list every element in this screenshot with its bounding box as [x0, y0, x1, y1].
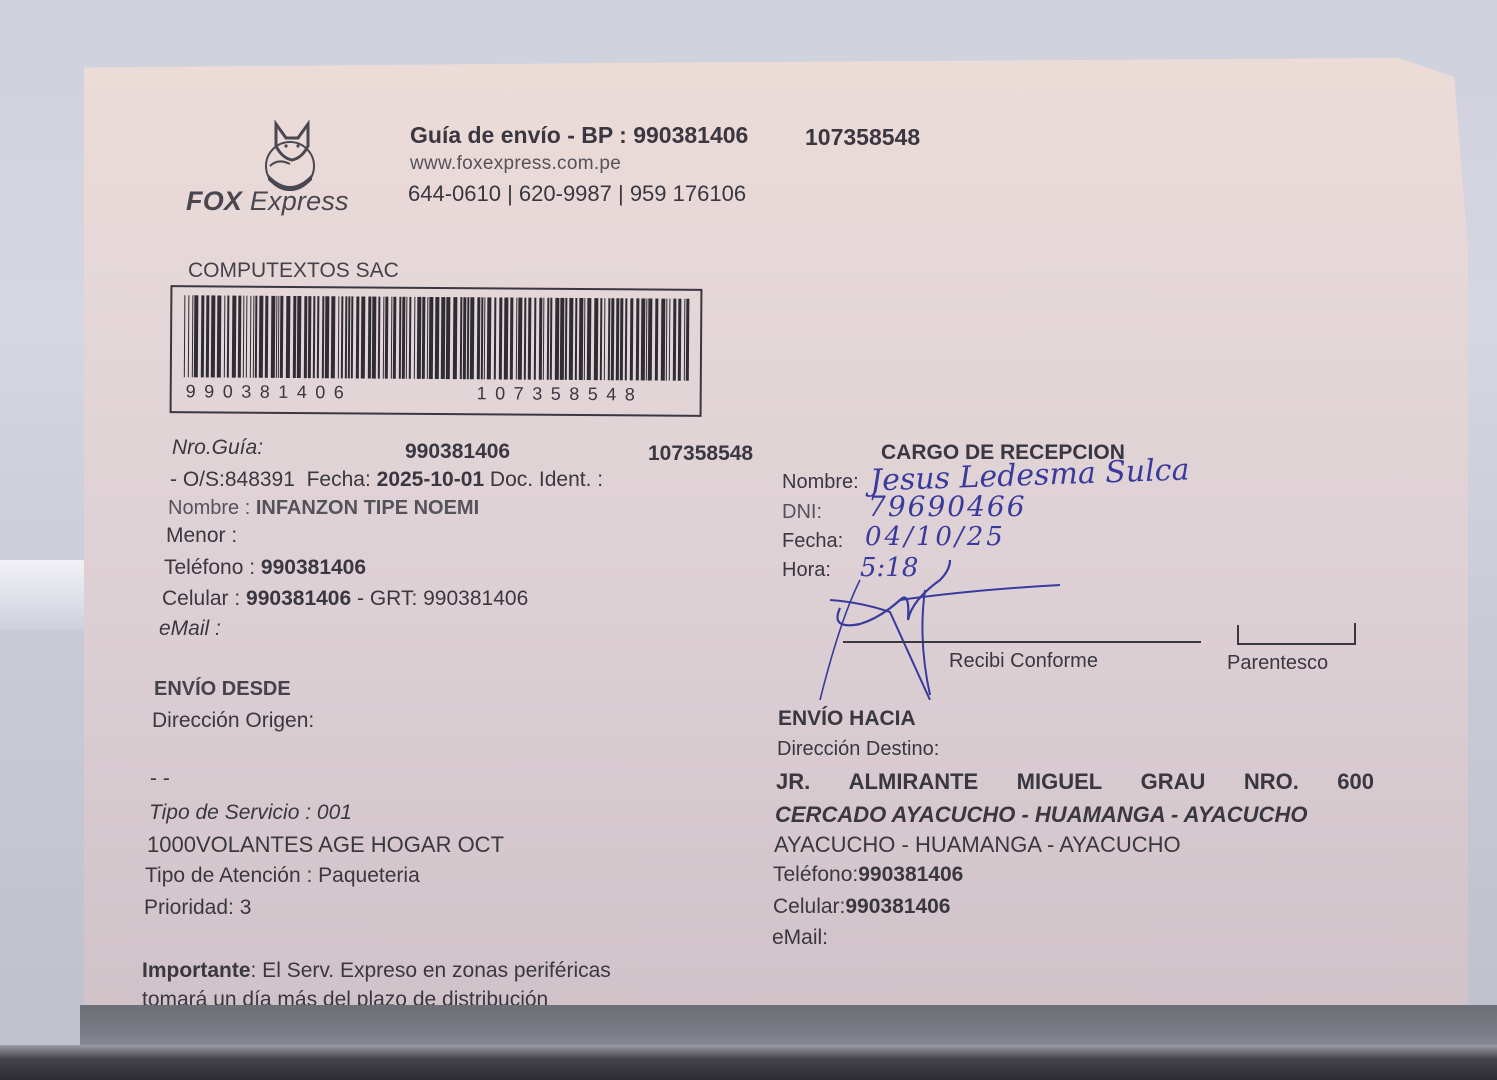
- cargo-dni-label: DNI:: [782, 501, 822, 524]
- barcode-bars: [184, 295, 693, 381]
- handwritten-fecha: 04/10/25: [865, 522, 1006, 552]
- fox-express-logo: FOX Express: [186, 118, 386, 218]
- destino-celular-line: Celular:990381406: [773, 895, 951, 919]
- recibi-conforme-label: Recibi Conforme: [949, 650, 1098, 673]
- paper-shadow: [80, 1005, 1497, 1050]
- nro-guia-label: Nro.Guía:: [172, 436, 263, 460]
- telefono-label: Teléfono :: [164, 556, 255, 579]
- destino-telefono-label: Teléfono:: [773, 863, 858, 886]
- nombre-value: INFANZON TIPE NOEMI: [256, 497, 479, 519]
- nombre-label: Nombre :: [168, 497, 250, 519]
- servicio-descripcion: 1000VOLANTES AGE HOGAR OCT: [147, 832, 504, 858]
- website-link: www.foxexpress.com.pe: [410, 153, 621, 175]
- direccion-origen-value: - -: [150, 767, 170, 791]
- menor-label: Menor :: [166, 524, 237, 548]
- celular-label: Celular :: [162, 587, 240, 610]
- barcode-digits-right: 107358548: [477, 383, 644, 405]
- direccion-destino-label: Dirección Destino:: [777, 738, 939, 761]
- order-fecha-line: - O/S:848391 Fecha: 2025-10-01 Doc. Iden…: [170, 468, 603, 492]
- celular-line: Celular : 990381406 - GRT: 990381406: [162, 587, 528, 611]
- cargo-nombre-label: Nombre:: [782, 471, 859, 494]
- address-word: 600: [1337, 769, 1374, 795]
- fecha-label: Fecha:: [307, 468, 371, 491]
- barcode: 990381406 107358548: [170, 285, 703, 417]
- envio-desde-title: ENVÍO DESDE: [154, 678, 291, 701]
- phone-numbers: 644-0610 | 620-9987 | 959 176106: [408, 181, 746, 207]
- fox-logo-icon: [250, 118, 340, 193]
- celular-value: 990381406: [246, 587, 351, 610]
- guide-number-2: 107358548: [805, 124, 920, 151]
- signature: [800, 560, 1080, 700]
- address-word: JR.: [776, 769, 810, 795]
- address-line-3: AYACUCHO - HUAMANGA - AYACUCHO: [774, 832, 1181, 858]
- address-word: MIGUEL: [1017, 769, 1103, 795]
- envio-hacia-title: ENVÍO HACIA: [778, 707, 916, 731]
- guide-title: Guía de envío - BP : 990381406: [410, 122, 748, 149]
- cargo-fecha-label: Fecha:: [782, 530, 843, 553]
- barcode-digits-left: 990381406: [186, 381, 353, 403]
- parentesco-line: [1238, 643, 1356, 645]
- parentesco-bracket-right: [1354, 623, 1356, 645]
- sender-company: COMPUTEXTOS SAC: [188, 259, 399, 283]
- importante-text: : El Serv. Expreso en zonas periféricas: [251, 959, 611, 982]
- signature-line: [843, 641, 1201, 643]
- address-word: NRO.: [1244, 769, 1299, 795]
- tipo-servicio: Tipo de Servicio : 001: [149, 801, 352, 825]
- prioridad: Prioridad: 3: [144, 896, 251, 920]
- nro-guia-value-2: 107358548: [648, 442, 753, 466]
- nombre-line: Nombre : INFANZON TIPE NOEMI: [168, 497, 479, 520]
- fecha-value: 2025-10-01: [377, 468, 484, 491]
- destino-email-label: eMail:: [772, 926, 828, 950]
- email-label: eMail :: [159, 617, 221, 641]
- handwritten-dni: 79690466: [868, 490, 1027, 523]
- address-word: GRAU: [1141, 769, 1206, 795]
- os-number: - O/S:848391: [170, 468, 295, 491]
- importante-note: Importante: El Serv. Expreso en zonas pe…: [142, 959, 611, 983]
- parentesco-label: Parentesco: [1227, 652, 1328, 675]
- grt-value: - GRT: 990381406: [357, 587, 528, 610]
- address-line-1: JR.ALMIRANTEMIGUELGRAUNRO.600: [776, 769, 1374, 795]
- brand-name: FOX Express: [186, 186, 349, 217]
- destino-telefono-value: 990381406: [858, 863, 963, 886]
- telefono-value: 990381406: [261, 556, 366, 579]
- direccion-origen-label: Dirección Origen:: [152, 709, 314, 733]
- nro-guia-value: 990381406: [405, 440, 510, 464]
- destino-celular-value: 990381406: [845, 895, 950, 918]
- destino-celular-label: Celular:: [773, 895, 845, 918]
- address-line-2: CERCADO AYACUCHO - HUAMANGA - AYACUCHO: [775, 802, 1307, 828]
- tipo-atencion: Tipo de Atención : Paqueteria: [145, 864, 420, 888]
- doc-ident-label: Doc. Ident. :: [490, 468, 603, 491]
- importante-label: Importante: [142, 959, 251, 982]
- telefono-line: Teléfono : 990381406: [164, 556, 366, 580]
- table-edge: [0, 1045, 1497, 1080]
- parentesco-bracket-left: [1237, 625, 1239, 645]
- address-word: ALMIRANTE: [849, 769, 979, 795]
- destino-telefono-line: Teléfono:990381406: [773, 863, 963, 887]
